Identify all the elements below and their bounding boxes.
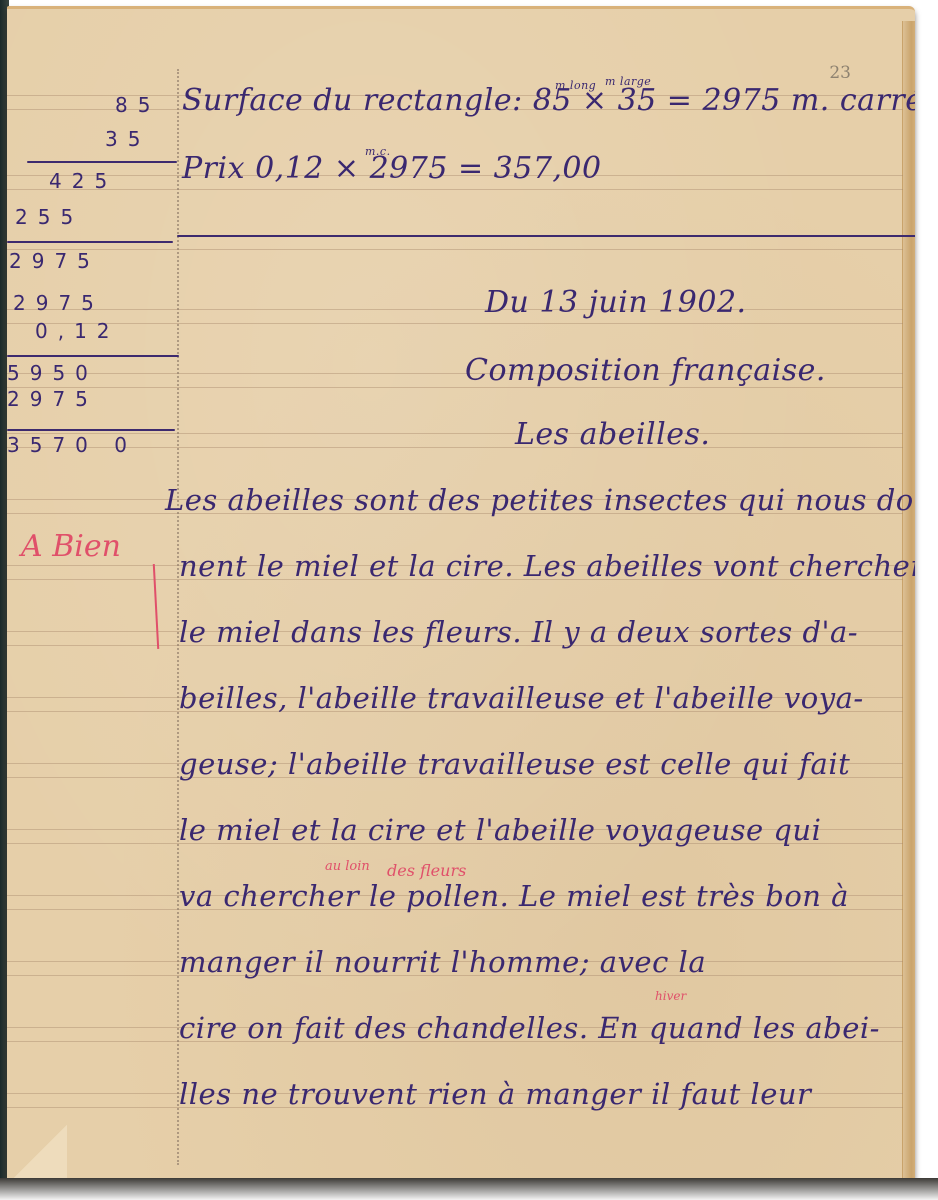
- price-partial-2: 2975: [7, 387, 98, 411]
- folded-corner: [7, 1125, 67, 1185]
- teacher-grade: A Bien: [21, 529, 121, 564]
- composition-line-7: va chercher le pollen. Le miel est très …: [179, 879, 849, 913]
- price-factor-2: 0,12: [35, 319, 120, 343]
- calc-result: 2975: [9, 249, 100, 273]
- ruled-line: [7, 189, 903, 190]
- section-divider: [177, 235, 915, 237]
- calc-underline: [7, 241, 173, 243]
- calc-underline: [7, 355, 179, 357]
- notebook-page: 23 85 35 425 255 2975 2975 0,12 5950 297…: [7, 6, 915, 1185]
- correction-au-loin: au loin: [325, 859, 370, 874]
- composition-title: Les abeilles.: [515, 417, 710, 452]
- calc-factor-1: 85: [115, 93, 160, 117]
- composition-subject: Composition française.: [465, 353, 826, 388]
- scan-bottom-shadow: [0, 1178, 938, 1200]
- ruled-line: [7, 249, 903, 250]
- annotation-large: m large: [605, 75, 651, 88]
- price-factor-1: 2975: [13, 291, 104, 315]
- calc-partial-1: 425: [49, 169, 117, 193]
- correction-hiver: hiver: [655, 989, 686, 1003]
- correction-des-fleurs: des fleurs: [387, 861, 466, 880]
- composition-line-6: le miel et la cire et l'abeille voyageus…: [179, 813, 821, 847]
- ruled-line: [7, 323, 903, 324]
- calc-underline: [7, 429, 175, 431]
- composition-line-2: nent le miel et la cire. Les abeilles vo…: [179, 549, 915, 583]
- annotation-long: m long: [555, 79, 596, 92]
- grade-flourish: [153, 564, 159, 649]
- composition-line-1: Les abeilles sont des petites insectes q…: [165, 483, 915, 517]
- composition-line-5: geuse; l'abeille travailleuse est celle …: [179, 747, 850, 781]
- annotation-mc: m.c.: [365, 145, 391, 158]
- problem-price-line: Prix 0,12 × 2975 = 357,00: [182, 151, 602, 186]
- composition-line-3: le miel dans les fleurs. Il y a deux sor…: [179, 615, 858, 649]
- composition-line-9: cire on fait des chandelles. En quand le…: [179, 1011, 880, 1045]
- ruled-line: [7, 309, 903, 310]
- ruled-line: [7, 433, 903, 434]
- price-partial-1: 5950: [7, 361, 98, 385]
- composition-line-8: manger il nourrit l'homme; avec la: [179, 945, 706, 979]
- calc-underline: [27, 161, 177, 163]
- calc-partial-2: 255: [15, 205, 83, 229]
- problem-surface-line: Surface du rectangle: 85 × 35 = 2975 m. …: [182, 83, 915, 118]
- ruled-line: [7, 447, 903, 448]
- calc-factor-2: 35: [105, 127, 150, 151]
- page-number: 23: [829, 63, 851, 83]
- page-edge-stack: [902, 21, 915, 1185]
- composition-date: Du 13 juin 1902.: [485, 285, 747, 320]
- price-result: 3570 0: [7, 433, 137, 457]
- composition-line-10: lles ne trouvent rien à manger il faut l…: [179, 1077, 811, 1111]
- composition-line-4: beilles, l'abeille travailleuse et l'abe…: [179, 681, 864, 715]
